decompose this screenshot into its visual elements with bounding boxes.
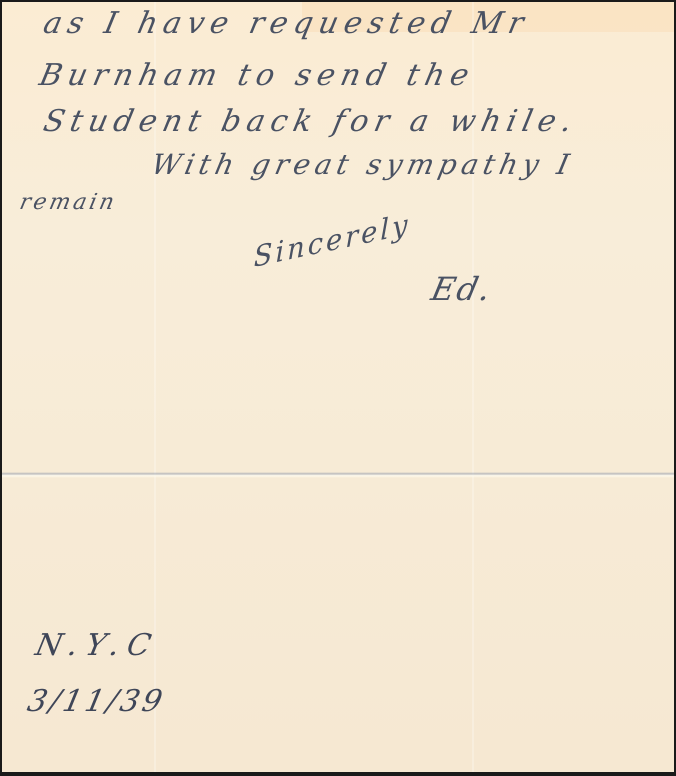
letter-line: as I have requested Mr — [40, 6, 532, 41]
letter-line: remain — [17, 190, 119, 215]
fold-line — [2, 472, 674, 478]
letter-line: With great sympathy I — [148, 148, 577, 181]
letter-page: as I have requested Mr Burnham to send t… — [0, 0, 676, 776]
letter-line: Burnham to send the — [36, 58, 478, 93]
signature: Ed. — [428, 270, 496, 308]
place-annotation: N.Y.C — [32, 628, 162, 663]
closing: Sincerely — [254, 207, 411, 274]
date-annotation: 3/11/39 — [24, 684, 168, 719]
letter-line: Student back for a while. — [40, 104, 581, 139]
